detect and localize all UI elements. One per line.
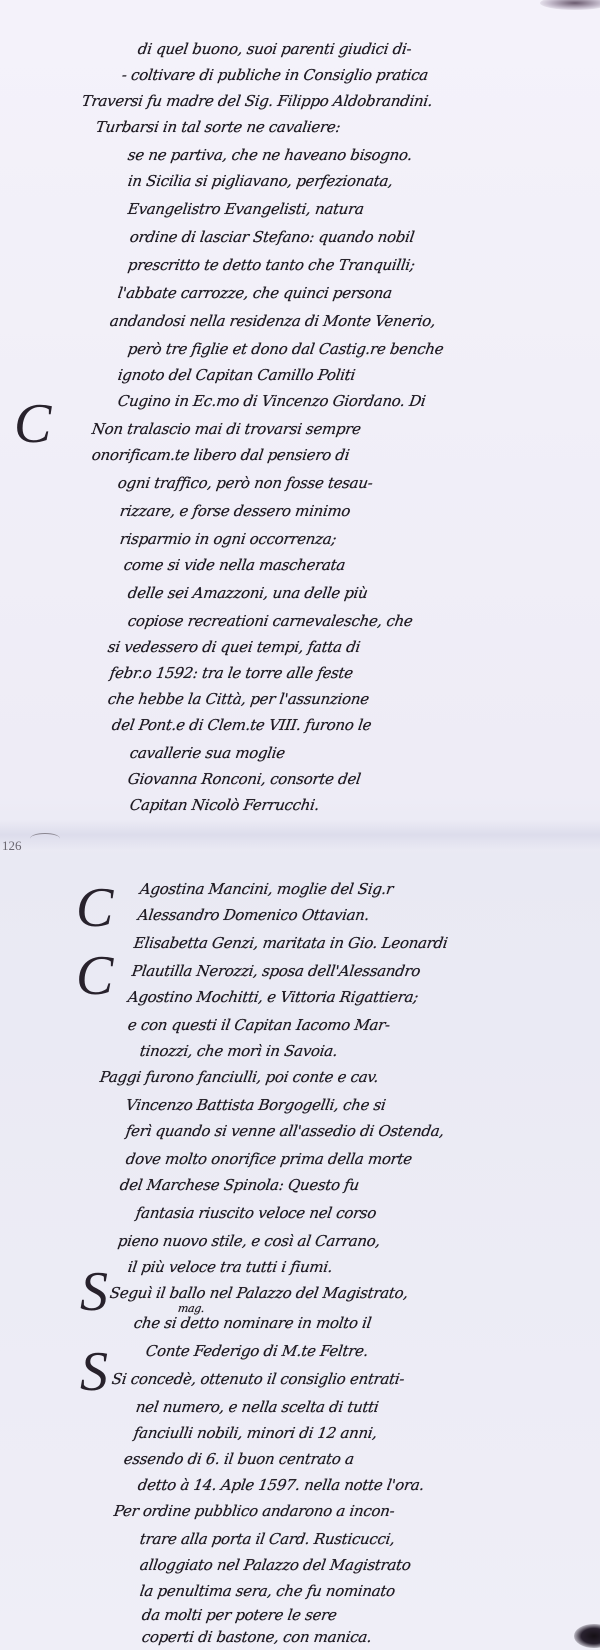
manuscript-line: Turbarsi in tal sorte ne cavaliere:	[95, 118, 342, 136]
manuscript-line: copiose recreationi carnevalesche, che	[127, 612, 414, 630]
manuscript-line: fanciulli nobili, minori di 12 anni,	[133, 1424, 378, 1442]
manuscript-line: il più veloce tra tutti i fiumi.	[127, 1258, 334, 1276]
manuscript-line: - coltivare di publiche in Consiglio pra…	[121, 66, 430, 84]
manuscript-line: fantasia riuscito veloce nel corso	[135, 1204, 378, 1222]
paragraph-mark-icon: C	[76, 880, 113, 936]
manuscript-line: detto à 14. Aple 1597. nella notte l'ora…	[137, 1476, 426, 1494]
manuscript-line: ferì quando si venne all'assedio di Oste…	[125, 1122, 445, 1140]
manuscript-line: onorificam.te libero dal pensiero di	[91, 446, 351, 464]
manuscript-line: Evangelistro Evangelisti, natura	[127, 200, 365, 218]
manuscript-line: Giovanna Ronconi, consorte del	[127, 770, 362, 788]
manuscript-line: risparmio in ogni occorrenza;	[119, 530, 338, 548]
manuscript-line: trare alla porta il Card. Rusticucci,	[139, 1530, 396, 1548]
manuscript-line: del Marchese Spinola: Questo fu	[119, 1176, 361, 1194]
manuscript-page: di quel buono, suoi parenti giudici di- …	[0, 0, 600, 1650]
manuscript-line: si vedessero di quei tempi, fatta di	[107, 638, 362, 656]
manuscript-line: andandosi nella residenza di Monte Vener…	[109, 312, 437, 330]
manuscript-line: Cugino in Ec.mo di Vincenzo Giordano. Di	[117, 392, 427, 410]
paragraph-mark-icon: C	[14, 396, 51, 452]
manuscript-line: Paggi furono fanciulli, poi conte e cav.	[99, 1068, 380, 1086]
manuscript-line: Alessandro Domenico Ottavian.	[137, 906, 371, 924]
manuscript-line: Traversi fu madre del Sig. Filippo Aldob…	[81, 92, 434, 110]
manuscript-line: e con questi il Capitan Iacomo Mar-	[127, 1016, 391, 1034]
manuscript-line: cavallerie sua moglie	[129, 744, 286, 762]
manuscript-line: pieno nuovo stile, e così al Carrano,	[117, 1232, 382, 1250]
manuscript-line: Conte Federigo di M.te Feltre.	[145, 1342, 370, 1360]
manuscript-line: Vincenzo Battista Borgogelli, che si	[125, 1096, 387, 1114]
manuscript-line: coperti di bastone, con manica.	[141, 1628, 373, 1646]
manuscript-line: rizzare, e forse dessero minimo	[119, 502, 352, 520]
manuscript-line: prescritto te detto tanto che Tranquilli…	[127, 256, 416, 274]
scan-corner-shadow-bottom	[574, 1624, 600, 1648]
manuscript-line: Agostina Mancini, moglie del Sig.r	[139, 880, 395, 898]
manuscript-line: ignoto del Capitan Camillo Politi	[117, 366, 357, 384]
manuscript-line: la penultima sera, che fu nominato	[139, 1582, 396, 1600]
manuscript-line: ordine di lasciar Stefano: quando nobil	[129, 228, 416, 246]
page-fold	[0, 820, 600, 850]
folio-number: 126	[2, 838, 22, 854]
manuscript-line: Per ordine pubblico andarono a incon-	[113, 1502, 396, 1520]
manuscript-line: Elisabetta Genzi, maritata in Gio. Leona…	[133, 934, 449, 952]
scan-corner-shadow-top	[540, 0, 600, 10]
manuscript-line: alloggiato nel Palazzo del Magistrato	[139, 1556, 412, 1574]
manuscript-line: essendo di 6. il buon centrato a	[123, 1450, 355, 1468]
manuscript-line: se ne partiva, che ne haveano bisogno.	[127, 146, 414, 164]
manuscript-line: Capitan Nicolò Ferrucchi.	[129, 796, 321, 814]
manuscript-line: del Pont.e di Clem.te VIII. furono le	[111, 716, 373, 734]
manuscript-line: nel numero, e nella scelta di tutti	[135, 1398, 380, 1416]
manuscript-line: che si detto nominare in molto il	[133, 1314, 373, 1332]
manuscript-line: ogni traffico, però non fosse tesau-	[117, 474, 374, 492]
paragraph-mark-icon: C	[76, 948, 113, 1004]
manuscript-line: tinozzi, che morì in Savoia.	[139, 1042, 339, 1060]
manuscript-line: in Sicilia si pigliavano, perfezionata,	[127, 172, 394, 190]
manuscript-line: che hebbe la Città, per l'assunzione	[107, 690, 370, 708]
manuscript-line: Si concedè, ottenuto il consiglio entrat…	[111, 1370, 406, 1388]
manuscript-line: delle sei Amazzoni, una delle più	[127, 584, 369, 602]
manuscript-line: come si vide nella mascherata	[123, 556, 347, 574]
paragraph-mark-icon: S	[80, 1344, 108, 1400]
manuscript-line: Agostino Mochitti, e Vittoria Rigattiera…	[127, 988, 420, 1006]
manuscript-line: Plautilla Nerozzi, sposa dell'Alessandro	[131, 962, 422, 980]
manuscript-line: da molti per potere le sere	[141, 1606, 338, 1624]
manuscript-line: Seguì il ballo nel Palazzo del Magistrat…	[109, 1284, 409, 1302]
manuscript-line: l'abbate carrozze, che quinci persona	[117, 284, 393, 302]
folio-flourish	[30, 833, 60, 844]
manuscript-line: però tre figlie et dono dal Castig.re be…	[127, 340, 445, 358]
paragraph-mark-icon: S	[80, 1264, 108, 1320]
manuscript-line: Non tralascio mai di trovarsi sempre	[91, 420, 362, 438]
manuscript-line: dove molto onorifice prima della morte	[125, 1150, 413, 1168]
manuscript-line: febr.o 1592: tra le torre alle feste	[109, 664, 354, 682]
manuscript-line: di quel buono, suoi parenti giudici di-	[137, 40, 413, 58]
